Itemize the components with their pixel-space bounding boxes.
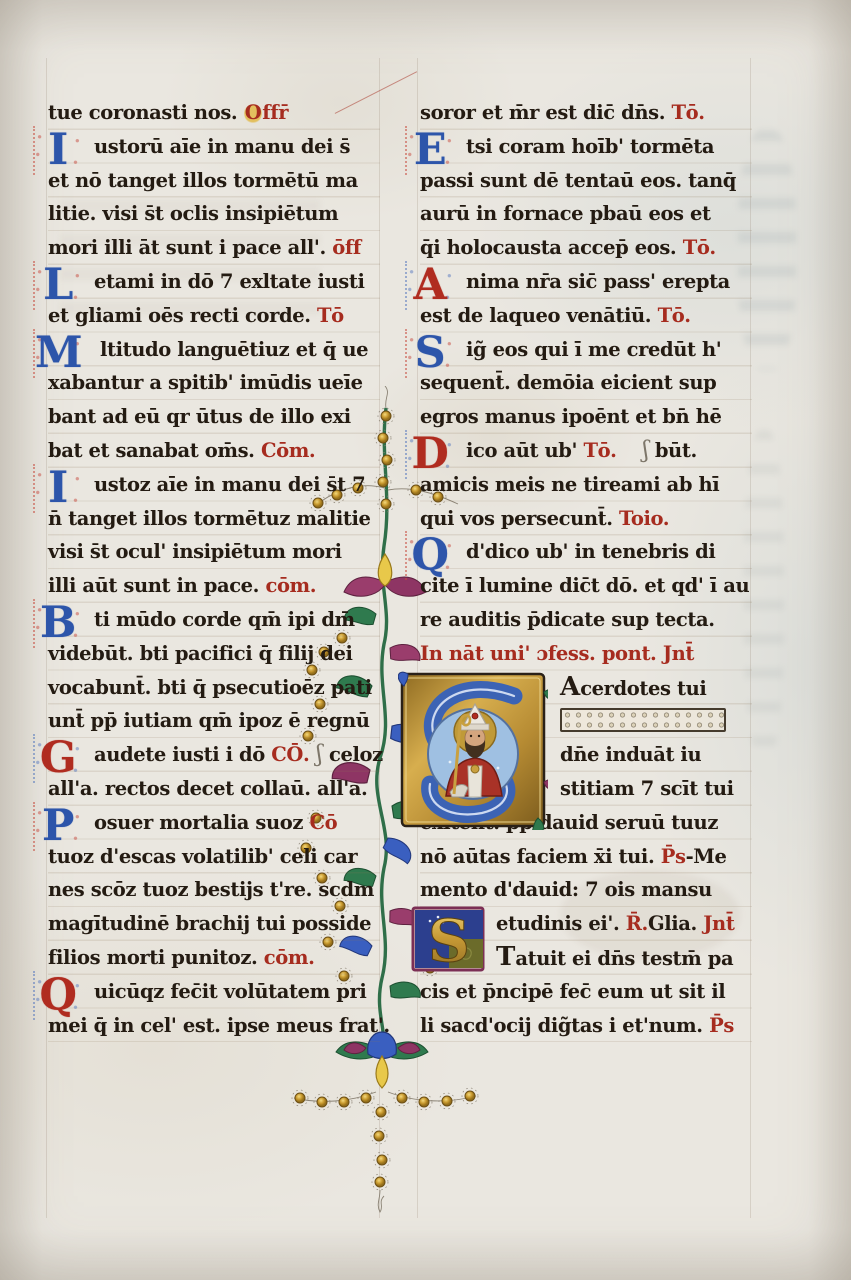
text-segment: nima nr̄a sic̄ pass' erepta	[466, 270, 730, 293]
text-segment: tuoz d'escas volatilib' celi car	[48, 845, 357, 868]
text-line: sequent̄. demōia eicient sup	[420, 366, 752, 400]
text-segment: ig̃ eos qui ī me credūt h'	[466, 338, 721, 361]
text-segment: Cōm.	[261, 439, 315, 462]
text-segment: R̄.	[626, 912, 648, 935]
lombard-initial-E: E	[405, 126, 453, 175]
text-segment: Glia.	[648, 912, 703, 935]
lombard-initial-P: P	[33, 802, 81, 851]
text-segment: sequent̄. demōia eicient sup	[420, 371, 716, 394]
text-segment: cite ī lumine dic̄t dō. et qd' ī au	[420, 574, 749, 597]
text-segment: et nō tanget illos tormētū ma	[48, 169, 358, 192]
text-segment: bant ad eū qr ūtus de illo exi	[48, 405, 351, 428]
ruling-line	[417, 58, 418, 1218]
text-line: Anima nr̄a sic̄ pass' erepta	[420, 265, 752, 299]
lombard-initial-Q: Q	[405, 531, 453, 580]
manuscript-page: tue coronasti nos. Offr̄Iustorū aīe in m…	[0, 0, 851, 1280]
text-segment: cis et p̄ncipē fec̄ eum ut sit il	[420, 980, 725, 1003]
lombard-initial-D: D	[405, 430, 453, 479]
text-segment: cōm.	[265, 574, 316, 597]
text-line: illi aūt sunt in pace. cōm.	[48, 569, 380, 603]
text-line: mento d'dauid: 7 ois mansu	[420, 873, 752, 907]
text-segment: A	[560, 672, 580, 702]
text-segment: n̄ tanget illos tormētuz malitie	[48, 507, 371, 530]
lombard-initial-Q: Q	[33, 971, 81, 1020]
text-segment: aurū in fornace pbaū eos et	[420, 202, 711, 225]
text-line: nō aūtas faciem x̄i tui. P̄s-Me	[420, 840, 752, 874]
text-segment: osuer mortalia suoz	[94, 811, 309, 834]
text-line: est de laqueo venātiū. Tō.	[420, 299, 752, 333]
text-segment: P̄s	[709, 1014, 734, 1037]
text-line: n̄ tanget illos tormētuz malitie	[48, 502, 380, 536]
text-segment: cerdotes tui	[580, 677, 706, 700]
text-line: re auditis p̄dicate sup tecta.	[420, 603, 752, 637]
text-segment: nes scōz tuoz bestijs t're. scdm	[48, 878, 374, 901]
text-line: vocabunt̄. bti q̄ psecutioēz pati	[48, 671, 380, 705]
text-segment: amicis meis ne tireami ab hī	[420, 473, 719, 496]
text-segment: egros manus ipoēnt et bn̄ hē	[420, 405, 722, 428]
text-segment: Tō.	[671, 101, 704, 124]
gold-initial-S: S	[410, 905, 488, 975]
lombard-initial-B: B	[33, 599, 81, 648]
text-segment: ustoz aīe in manu dei s̄t 7	[94, 473, 365, 496]
text-segment: d'dico ub' in tenebris di	[466, 540, 715, 563]
text-segment: Tō	[317, 304, 344, 327]
text-line: xabantur a spitib' imūdis ueīe	[48, 366, 380, 400]
text-segment: filios morti punitoz.	[48, 946, 264, 969]
text-segment: uicūqz fec̄it volūtatem pri	[94, 980, 366, 1003]
text-line: Quicūqz fec̄it volūtatem pri	[48, 975, 380, 1009]
text-line: qui vos persecunt̄. Toio.	[420, 502, 752, 536]
text-line: filios morti punitoz. cōm.	[48, 941, 380, 975]
text-line: Sig̃ eos qui ī me credūt h'	[420, 333, 752, 367]
text-segment: ustorū aīe in manu dei s̄	[94, 135, 350, 158]
text-segment: unt̄ pp̄ iutiam qm̄ ipoz ē regnū	[48, 709, 370, 732]
text-line: bat et sanabat om̄s. Cōm.	[48, 434, 380, 468]
text-segment: videbūt. bti pacifici q̄ filij dei	[48, 642, 353, 665]
text-segment: bat et sanabat om̄s.	[48, 439, 261, 462]
text-segment: all'a. rectos decet collaū. all'a.	[48, 777, 367, 800]
text-segment: dn̄e induāt iu	[560, 743, 701, 766]
text-line: cis et p̄ncipē fec̄ eum ut sit il	[420, 975, 752, 1009]
text-line: aurū in fornace pbaū eos et	[420, 197, 752, 231]
text-segment: ōff	[332, 236, 361, 259]
text-segment: CŌ.	[271, 743, 309, 766]
text-segment: mento d'dauid: 7 ois mansu	[420, 878, 712, 901]
text-line: et gliami oēs recti corde. Tō	[48, 299, 380, 333]
text-line: li sacd'ocij dig̃tas i et'num. P̄s	[420, 1009, 752, 1043]
text-line: cite ī lumine dic̄t dō. et qd' ī au	[420, 569, 752, 603]
text-segment: li sacd'ocij dig̃tas i et'num.	[420, 1014, 709, 1037]
text-line: videbūt. bti pacifici q̄ filij dei	[48, 637, 380, 671]
text-segment: mei q̄ in cel' est. ipse meus frat'.	[48, 1014, 390, 1037]
text-segment: ʃ	[309, 741, 329, 767]
text-segment: tue coronasti nos.	[48, 101, 244, 124]
text-line: Bti mūdo corde qm̄ ipi dm̄	[48, 603, 380, 637]
text-segment: illi aūt sunt in pace.	[48, 574, 265, 597]
lombard-initial-S: S	[405, 329, 453, 378]
text-line: visi s̄t ocul' insipiētum mori	[48, 535, 380, 569]
text-line: egros manus ipoēnt et bn̄ hē	[420, 400, 752, 434]
text-line: Qd'dico ub' in tenebris di	[420, 535, 752, 569]
text-line: amicis meis ne tireami ab hī	[420, 468, 752, 502]
text-segment: magītudinē brachij tui posside	[48, 912, 371, 935]
text-segment: Cō	[309, 811, 337, 834]
text-segment: būt.	[648, 439, 696, 462]
text-segment: passi sunt dē tentaū eos. tanq̄	[420, 169, 736, 192]
text-line: In nāt uni' ɔfess. pont. Jnt̄	[420, 637, 752, 671]
historiated-initial-S-bishop	[398, 670, 548, 830]
text-segment: O	[244, 101, 263, 124]
text-segment: celoz	[329, 743, 383, 766]
text-line: tue coronasti nos. Offr̄	[48, 96, 380, 130]
text-segment: T	[496, 942, 515, 972]
text-segment: visi s̄t ocul' insipiētum mori	[48, 540, 342, 563]
text-segment: stitiam 7 scīt tui	[560, 777, 734, 800]
text-segment: Jnt̄	[703, 912, 734, 935]
text-line: Iustoz aīe in manu dei s̄t 7	[48, 468, 380, 502]
text-segment: litie. visi s̄t oclis insipiētum	[48, 202, 338, 225]
text-line: mei q̄ in cel' est. ipse meus frat'.	[48, 1009, 380, 1043]
column-right: S soror et m̄r est dic̄ dn̄s. Tō.Etsi co…	[420, 96, 752, 1042]
lombard-initial-M: M	[33, 329, 81, 378]
text-line: soror et m̄r est dic̄ dn̄s. Tō.	[420, 96, 752, 130]
text-segment: Tō.	[683, 236, 716, 259]
text-segment: tsi coram hoīb' tormēta	[466, 135, 714, 158]
text-segment: ffr̄	[262, 101, 288, 124]
text-segment: vocabunt̄. bti q̄ psecutioēz pati	[48, 676, 372, 699]
text-segment: xabantur a spitib' imūdis ueīe	[48, 371, 363, 394]
text-line: litie. visi s̄t oclis insipiētum	[48, 197, 380, 231]
column-left: tue coronasti nos. Offr̄Iustorū aīe in m…	[48, 96, 380, 1042]
text-line: Mltitudo languētiuz et q̄ ue	[48, 333, 380, 367]
text-line: tuoz d'escas volatilib' celi car	[48, 840, 380, 874]
text-line: bant ad eū qr ūtus de illo exi	[48, 400, 380, 434]
lombard-initial-I: I	[33, 126, 81, 175]
letter-S-glyph: S	[428, 907, 470, 975]
text-segment: re auditis p̄dicate sup tecta.	[420, 608, 715, 631]
text-line: Letami in dō 7 exltate iusti	[48, 265, 380, 299]
text-line: Etsi coram hoīb' tormēta	[420, 130, 752, 164]
text-line: nes scōz tuoz bestijs t're. scdm	[48, 873, 380, 907]
text-segment: cōm.	[264, 946, 315, 969]
lombard-initial-I: I	[33, 464, 81, 513]
text-segment: ti mūdo corde qm̄ ipi dm̄	[94, 608, 355, 631]
text-segment: nō aūtas faciem x̄i tui.	[420, 845, 661, 868]
text-segment: Tō.	[583, 439, 616, 462]
text-line: et nō tanget illos tormētū ma	[48, 164, 380, 198]
line-filler-ornament	[560, 708, 726, 732]
text-segment: etami in dō 7 exltate iusti	[94, 270, 365, 293]
text-segment: In nāt uni' ɔfess. pont. Jnt̄	[420, 642, 694, 665]
text-line: unt̄ pp̄ iutiam qm̄ ipoz ē regnū	[48, 704, 380, 738]
text-segment: -Me	[686, 845, 727, 868]
lombard-initial-G: G	[33, 734, 81, 783]
text-segment: atuit ei dn̄s testm̄ pa	[515, 947, 733, 970]
text-segment: Tō.	[658, 304, 691, 327]
text-segment: et gliami oēs recti corde.	[48, 304, 317, 327]
text-segment: P̄s	[661, 845, 686, 868]
text-line: passi sunt dē tentaū eos. tanq̄	[420, 164, 752, 198]
text-line: mori illi āt sunt i pace all'. ōff	[48, 231, 380, 265]
text-segment: etudinis ei'.	[496, 912, 626, 935]
lombard-initial-L: L	[33, 261, 81, 310]
text-line: Dico aūt ub' Tō.ʃ būt.	[420, 434, 752, 468]
text-segment: qui vos persecunt̄.	[420, 507, 619, 530]
text-line: q̄i holocausta accep̄ eos. Tō.	[420, 231, 752, 265]
text-segment: ico aūt ub'	[466, 439, 583, 462]
text-segment: soror et m̄r est dic̄ dn̄s.	[420, 101, 671, 124]
text-segment: q̄i holocausta accep̄ eos.	[420, 236, 683, 259]
text-segment: Toio.	[619, 507, 669, 530]
text-line: Gaudete iusti i dō CŌ. ʃ celoz	[48, 738, 380, 772]
text-segment: est de laqueo venātiū.	[420, 304, 658, 327]
text-line: Posuer mortalia suoz Cō	[48, 806, 380, 840]
lombard-initial-A: A	[405, 261, 453, 310]
text-segment: ltitudo languētiuz et q̄ ue	[100, 338, 368, 361]
text-line: Iustorū aīe in manu dei s̄	[48, 130, 380, 164]
text-line: magītudinē brachij tui posside	[48, 907, 380, 941]
text-segment: mori illi āt sunt i pace all'.	[48, 236, 332, 259]
text-line: all'a. rectos decet collaū. all'a.	[48, 772, 380, 806]
text-segment: audete iusti i dō	[94, 743, 271, 766]
